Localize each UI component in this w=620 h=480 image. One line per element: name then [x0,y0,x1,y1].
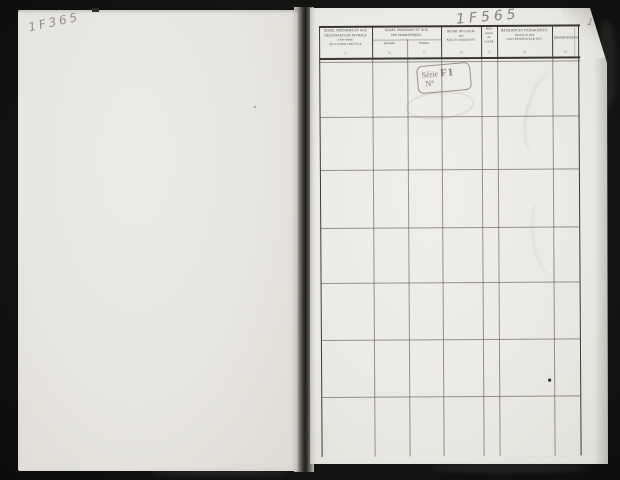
series-classification-stamp: Série F1 N° [416,62,472,95]
header-line: SANS RÉSIDENCE DE FAIT. [497,37,552,42]
header-line: OBSERVATIONS. [552,35,580,40]
column-number: 19 [561,49,569,53]
dust-speck [254,106,256,108]
archive-cote-annotation-left: 1F365 [27,10,81,35]
header-col-enfants: NOMS, PRÉNOMS ET AGE DES ENFANTS EN SEVR… [319,28,372,52]
stamp-number-label: N° [425,79,435,89]
scanned-register-photo: 1F365 1F565 1 [0,0,620,480]
header-line: DES DOMESTIQUES. [372,33,441,38]
column-number: 17 [485,50,493,54]
binding-speck [304,432,307,437]
subcol-label: Hommes. [372,41,407,45]
row-rule [321,281,580,284]
stamp-series-code: F1 [439,66,454,79]
scan-edge-smudge [598,20,616,110]
header-col-residences: RÉSIDENCES PASSAGÈRES: domicile de droit… [497,27,552,52]
column-number: 14 [385,51,393,55]
header-col-domestiques: NOMS, PRÉNOMS ET AGE DES DOMESTIQUES. [372,27,441,39]
header-col-observations: OBSERVATIONS. [552,26,580,59]
row-rule [321,395,580,398]
table-header-bottom-rule [319,56,580,60]
ink-speck [548,379,551,382]
column-number: 15 [420,50,428,54]
binding-speck [303,388,306,395]
table-right-border [578,24,582,455]
column-number: 16 [457,50,465,54]
scan-edge-smudge [150,468,290,476]
column-number: 13 [341,51,349,55]
scan-edge-smudge [430,464,590,472]
table-left-border [319,26,323,457]
row-rule [321,338,580,341]
right-page: 1F565 1 [310,8,608,464]
header-line: LOYER. [481,40,497,44]
column-number: 18 [520,50,528,54]
row-rule [320,168,579,171]
subcol-label: Femmes. [407,41,441,45]
header-col-prix: PRIX annuel du LOYER. [481,27,497,51]
page-edge-shading [594,58,608,464]
header-line: QUI LOGENT CHEZ EUX. [319,42,372,47]
left-page: 1F365 [18,10,298,471]
header-line: PAR LES HABITANTS. [441,38,481,43]
page-edge-notch [92,8,99,12]
